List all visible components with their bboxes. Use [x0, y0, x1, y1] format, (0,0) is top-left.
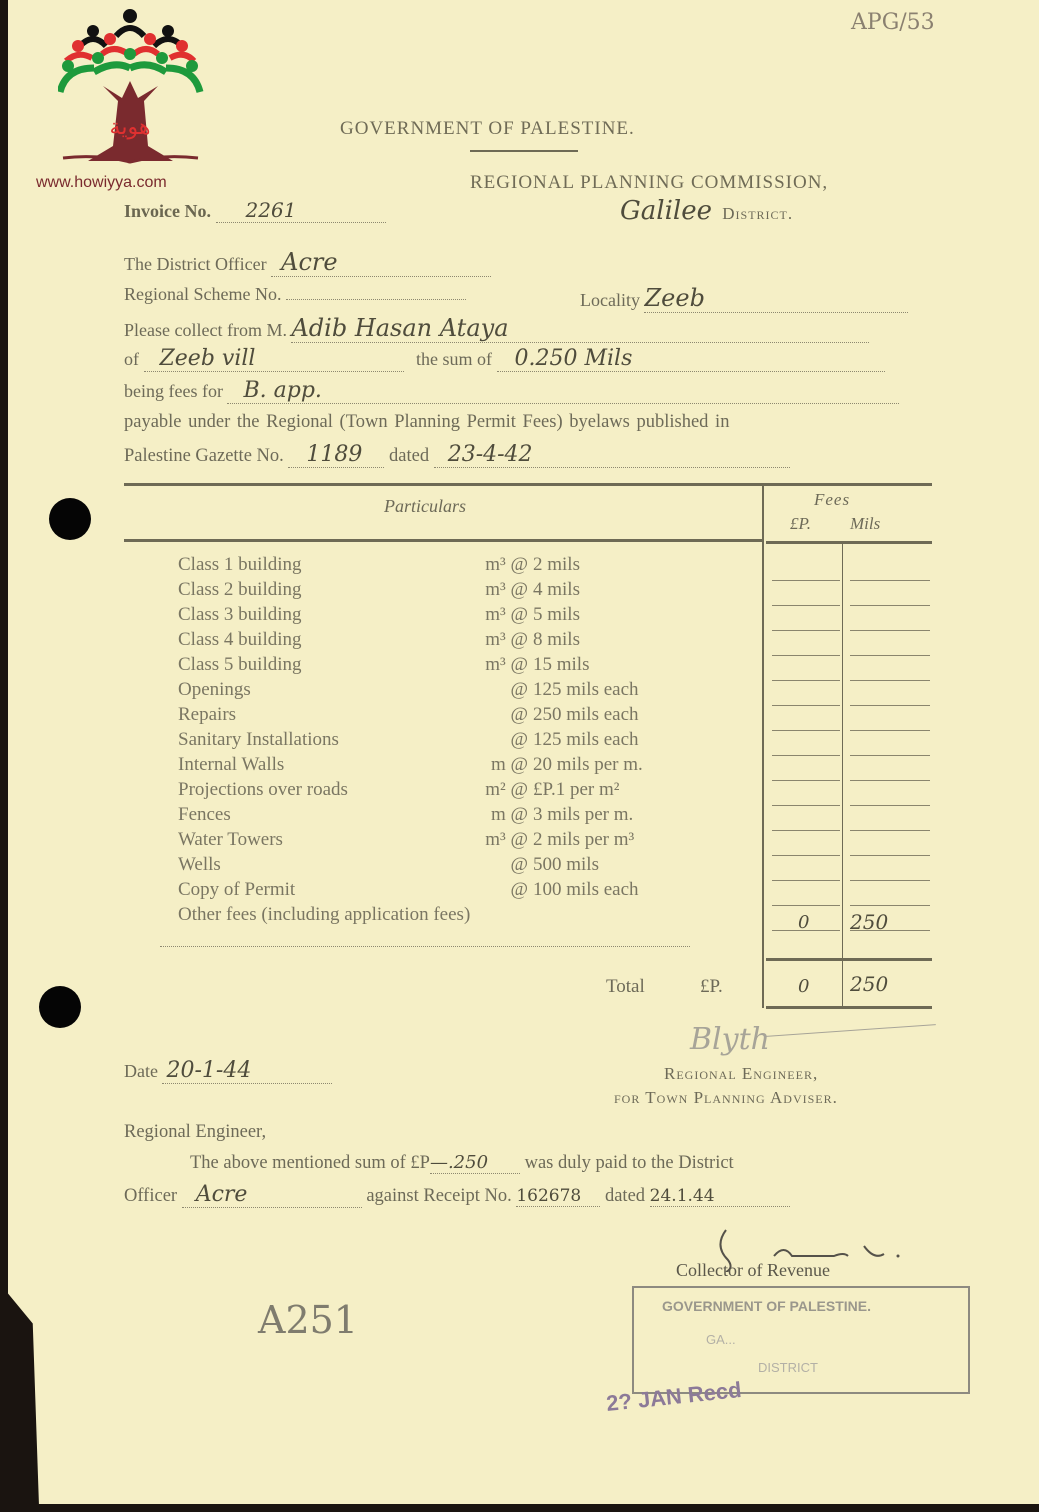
- table-row: Class 1 buildingm³ @2 mils: [178, 554, 302, 576]
- lp-cell-rule: [772, 580, 840, 581]
- gazette-dated-value: 23-4-42: [434, 442, 790, 468]
- fees-for-label: being fees for: [124, 381, 223, 401]
- lp-cell-rule: [772, 605, 840, 606]
- stamp-line-2: GA...: [706, 1332, 736, 1347]
- sum-label: the sum of: [416, 349, 492, 369]
- scheme-line: Regional Scheme No.: [124, 284, 466, 305]
- mils-cell-rule: [850, 805, 930, 806]
- svg-text:هوية: هوية: [110, 115, 151, 140]
- document-page: هوية www.howiyya.com APG/53 GOVERNMENT O…: [8, 0, 1039, 1504]
- lp-cell-rule: [772, 730, 840, 731]
- mils-cell-rule: [850, 680, 930, 681]
- table-row: Class 3 buildingm³ @5 mils: [178, 604, 302, 626]
- invoice-line: Invoice No. 2261: [124, 198, 386, 223]
- row-rate: 3 mils per m.: [533, 804, 633, 826]
- gazette-line: Palestine Gazette No. 1189 dated 23-4-42: [124, 442, 790, 468]
- other-fees-label: Other fees (including application fees): [178, 904, 470, 925]
- mils-cell-rule: [850, 705, 930, 706]
- locality-value: Zeeb: [644, 284, 908, 313]
- lp-cell-rule: [772, 905, 840, 906]
- receipt-number: 162678: [516, 1186, 600, 1207]
- lp-cell-rule: [772, 755, 840, 756]
- other-fees-lp: 0: [798, 912, 809, 933]
- district-officer-label: The District Officer: [124, 254, 267, 274]
- total-top-rule: [766, 958, 932, 961]
- row-rate: 8 mils: [533, 629, 580, 651]
- row-unit: m³ @: [418, 604, 528, 626]
- mils-cell-rule: [850, 730, 930, 731]
- mils-cell-rule: [850, 630, 930, 631]
- date-value: 20-1-44: [162, 1058, 332, 1084]
- invoice-label: Invoice No.: [124, 201, 211, 221]
- total-mils: 250: [850, 972, 888, 996]
- row-item: Wells: [178, 854, 221, 875]
- engineer-subtitle: for Town Planning Adviser.: [614, 1088, 838, 1108]
- table-row: Wells@500 mils: [178, 854, 221, 876]
- lp-cell-rule: [772, 780, 840, 781]
- row-unit: @: [418, 854, 528, 876]
- lp-cell-rule: [772, 855, 840, 856]
- row-unit: m @: [418, 754, 528, 776]
- row-item: Copy of Permit: [178, 879, 295, 900]
- row-item: Openings: [178, 679, 251, 700]
- other-fees-row: Other fees (including application fees): [178, 904, 470, 926]
- row-unit: m³ @: [418, 829, 528, 851]
- row-unit: m² @: [418, 779, 528, 801]
- collect-value: Adib Hasan Ataya: [291, 314, 869, 343]
- collect-line: Please collect from M. Adib Hasan Ataya: [124, 314, 869, 343]
- lp-cell-rule: [772, 655, 840, 656]
- margin-note: A251: [258, 1298, 358, 1342]
- district-label: District.: [722, 204, 793, 223]
- district-line: Galilee District.: [620, 196, 793, 226]
- table-row: Fencesm @3 mils per m.: [178, 804, 231, 826]
- mils-cell-rule: [850, 780, 930, 781]
- row-rate: 20 mils per m.: [533, 754, 643, 776]
- total-lp: 0: [798, 976, 809, 997]
- particulars-header: Particulars: [384, 496, 466, 517]
- fees-header: Fees: [814, 490, 850, 510]
- table-row: Internal Wallsm @20 mils per m.: [178, 754, 284, 776]
- mils-cell-rule: [850, 855, 930, 856]
- scheme-value: [286, 299, 466, 300]
- gazette-dated-label: dated: [389, 446, 429, 466]
- total-bottom-rule: [766, 1006, 932, 1009]
- paid-text-start: The above mentioned sum of £P: [190, 1153, 430, 1173]
- table-divider: [762, 484, 764, 1008]
- salutation: Regional Engineer,: [124, 1122, 266, 1143]
- lp-cell-rule: [772, 805, 840, 806]
- invoice-number: 2261: [216, 198, 386, 223]
- table-row: Repairs@250 mils each: [178, 704, 236, 726]
- table-row: Class 2 buildingm³ @4 mils: [178, 579, 302, 601]
- mils-cell-rule: [850, 830, 930, 831]
- receipt-dated-label: dated: [605, 1186, 645, 1206]
- row-item: Sanitary Installations: [178, 729, 339, 750]
- table-row: Class 4 buildingm³ @8 mils: [178, 629, 302, 651]
- stamp-line-3: DISTRICT: [758, 1360, 818, 1375]
- table-row: Openings@125 mils each: [178, 679, 251, 701]
- table-row: Class 5 buildingm³ @15 mils: [178, 654, 302, 676]
- lp-cell-rule: [772, 880, 840, 881]
- row-rate: 125 mils each: [533, 679, 639, 701]
- row-unit: @: [418, 729, 528, 751]
- table-row: Water Towersm³ @2 mils per m³: [178, 829, 283, 851]
- commission-heading: REGIONAL PLANNING COMMISSION,: [470, 172, 828, 194]
- paid-amount: —.250: [430, 1152, 520, 1174]
- of-value: Zeeb vill: [144, 346, 404, 372]
- mils-cell-rule: [850, 655, 930, 656]
- collect-label: Please collect from M.: [124, 320, 287, 340]
- locality-label: Locality: [580, 290, 640, 310]
- gazette-label: Palestine Gazette No.: [124, 446, 284, 466]
- fees-for-value: B. app.: [227, 378, 899, 404]
- row-rate: 2 mils per m³: [533, 829, 634, 851]
- payable-text: payable under the Regional (Town Plannin…: [124, 412, 729, 433]
- table-row: Sanitary Installations@125 mils each: [178, 729, 339, 751]
- mils-cell-rule: [850, 755, 930, 756]
- total-currency: £P.: [700, 976, 723, 998]
- tree-people-icon: هوية: [58, 6, 208, 176]
- officer-value: Acre: [182, 1182, 362, 1208]
- fees-for-line: being fees for B. app.: [124, 378, 899, 404]
- sum-value: 0.250 Mils: [497, 346, 885, 372]
- district-officer-line: The District Officer Acre: [124, 248, 491, 277]
- total-label: Total: [606, 976, 645, 998]
- receipt-label: against Receipt No.: [366, 1186, 511, 1206]
- district-officer-value: Acre: [271, 248, 491, 277]
- row-item: Class 1 building: [178, 554, 302, 575]
- lp-header: £P.: [790, 514, 811, 534]
- gazette-value: 1189: [288, 442, 384, 468]
- row-item: Class 2 building: [178, 579, 302, 600]
- row-unit: m³ @: [418, 554, 528, 576]
- row-rate: 100 mils each: [533, 879, 639, 901]
- row-rate: 250 mils each: [533, 704, 639, 726]
- of-sum-line: of Zeeb vill the sum of 0.250 Mils: [124, 346, 885, 372]
- row-unit: @: [418, 679, 528, 701]
- received-stamp: GOVERNMENT OF PALESTINE. GA... DISTRICT: [632, 1286, 970, 1394]
- row-rate: 4 mils: [533, 579, 580, 601]
- row-item: Class 3 building: [178, 604, 302, 625]
- paid-line: The above mentioned sum of £P—.250 was d…: [190, 1152, 734, 1174]
- punch-hole-top: [49, 498, 91, 540]
- other-fees-mils: 250: [850, 910, 888, 934]
- row-item: Repairs: [178, 704, 236, 725]
- scheme-label: Regional Scheme No.: [124, 284, 281, 304]
- row-unit: @: [418, 879, 528, 901]
- row-unit: m³ @: [418, 579, 528, 601]
- row-item: Class 5 building: [178, 654, 302, 675]
- row-rate: 125 mils each: [533, 729, 639, 751]
- paid-text-end: was duly paid to the District: [525, 1153, 734, 1173]
- row-rate: 2 mils: [533, 554, 580, 576]
- date-label: Date: [124, 1061, 158, 1081]
- row-rate: 500 mils: [533, 854, 599, 876]
- lp-cell-rule: [772, 630, 840, 631]
- row-item: Class 4 building: [178, 629, 302, 650]
- table-row: Projections over roadsm² @£P.1 per m²: [178, 779, 348, 801]
- mils-cell-rule: [850, 880, 930, 881]
- table-header-rule: [124, 539, 764, 542]
- collector-title: Collector of Revenue: [676, 1260, 830, 1281]
- of-label: of: [124, 349, 139, 369]
- signature-stroke: [766, 1024, 936, 1037]
- row-item: Water Towers: [178, 829, 283, 850]
- lp-cell-rule: [772, 830, 840, 831]
- punch-hole-bottom: [39, 986, 81, 1028]
- locality-line: Locality Zeeb: [580, 284, 908, 313]
- mils-cell-rule: [850, 580, 930, 581]
- district-value: Galilee: [620, 196, 712, 226]
- fees-divider: [842, 541, 843, 1007]
- engineer-signature: Blyth: [690, 1022, 770, 1057]
- lp-cell-rule: [772, 680, 840, 681]
- blank-fee-line: [160, 946, 690, 947]
- table-top-rule: [124, 483, 932, 486]
- heading-rule: [470, 150, 578, 152]
- government-heading: GOVERNMENT OF PALESTINE.: [340, 118, 635, 140]
- engineer-title: Regional Engineer,: [664, 1064, 818, 1084]
- row-item: Internal Walls: [178, 754, 284, 775]
- row-rate: £P.1 per m²: [533, 779, 619, 801]
- howiyya-logo: هوية: [58, 6, 208, 176]
- fees-header-rule: [766, 541, 932, 544]
- officer-receipt-line: Officer Acre against Receipt No. 162678 …: [124, 1182, 790, 1208]
- row-unit: m @: [418, 804, 528, 826]
- watermark-url[interactable]: www.howiyya.com: [36, 174, 167, 192]
- mils-cell-rule: [850, 605, 930, 606]
- date-line: Date 20-1-44: [124, 1058, 332, 1084]
- mils-header: Mils: [850, 514, 880, 534]
- archive-reference: APG/53: [851, 10, 935, 35]
- row-unit: m³ @: [418, 629, 528, 651]
- row-rate: 5 mils: [533, 604, 580, 626]
- table-row: Copy of Permit@100 mils each: [178, 879, 295, 901]
- officer-label: Officer: [124, 1186, 177, 1206]
- mils-cell-rule: [850, 905, 930, 906]
- stamp-line-1: GOVERNMENT OF PALESTINE.: [662, 1298, 871, 1314]
- lp-cell-rule: [772, 705, 840, 706]
- received-date-stamp: 2? JAN Recd: [605, 1377, 743, 1417]
- row-rate: 15 mils: [533, 654, 589, 676]
- receipt-dated-value: 24.1.44: [650, 1186, 790, 1207]
- row-unit: m³ @: [418, 654, 528, 676]
- row-item: Projections over roads: [178, 779, 348, 800]
- row-unit: @: [418, 704, 528, 726]
- row-item: Fences: [178, 804, 231, 825]
